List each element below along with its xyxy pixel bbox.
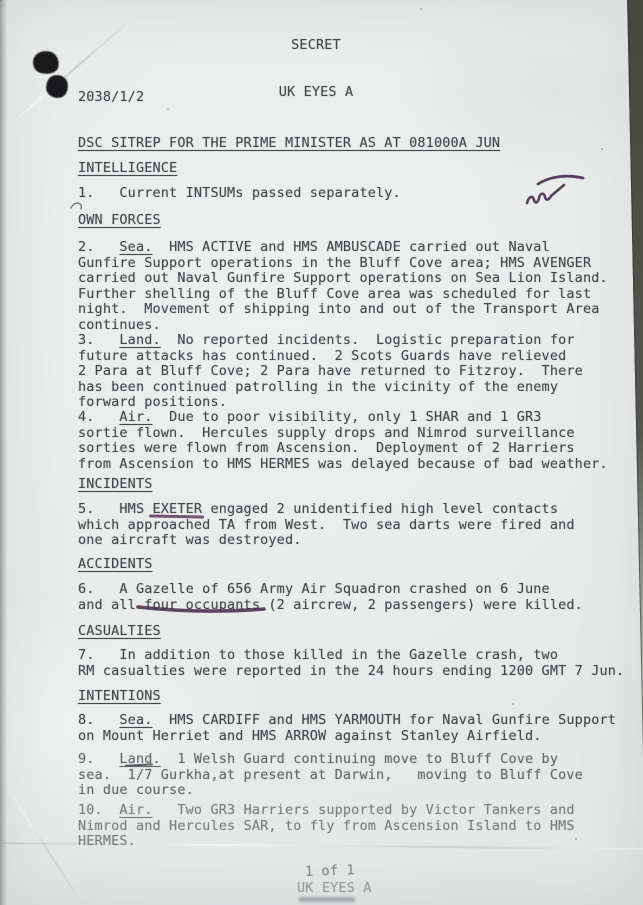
para-number: 10. <box>78 802 119 818</box>
pen-tick-icon <box>68 197 86 213</box>
paragraph-7: 7. In addition to those killed in the Ga… <box>78 648 638 679</box>
para-number: 8. <box>78 712 119 728</box>
para-body: Current INTSUMs passed separately. <box>119 185 400 201</box>
paragraph-8-sea: 8. Sea. HMS CARDIFF and HMS YARMOUTH for… <box>78 713 638 744</box>
para-lead: Air. <box>119 802 152 818</box>
section-heading-accidents: ACCIDENTS <box>78 557 638 573</box>
para-body: HMS CARDIFF and HMS YARMOUTH for Naval G… <box>78 712 616 744</box>
para-number: 7. <box>78 647 119 663</box>
para-lead: Air. <box>119 409 152 425</box>
para-number: 4. <box>78 409 119 425</box>
paragraph-4-air: 4. Air. Due to poor visibility, only 1 S… <box>78 410 638 472</box>
para-lead: Land. <box>119 332 160 348</box>
para-number: 5. <box>78 501 119 517</box>
classification-label: SECRET <box>0 38 632 54</box>
paragraph-2-sea: 2. Sea. HMS ACTIVE and HMS AMBUSCADE car… <box>78 240 638 333</box>
paragraph-10-air: 10. Air. Two GR3 Harriers supported by V… <box>78 803 638 850</box>
document-title: DSC SITREP FOR THE PRIME MINISTER AS AT … <box>78 136 638 152</box>
section-heading-incidents: INCIDENTS <box>78 477 638 493</box>
para-body: Two GR3 Harriers supported by Victor Tan… <box>78 802 583 849</box>
file-reference: 2038/1/2 <box>78 90 638 106</box>
para-body: HMS EXETER engaged 2 unidentified high l… <box>78 501 575 548</box>
pen-underline-four-occupants <box>136 603 266 615</box>
para-number: 9. <box>78 751 119 767</box>
section-heading-casualties: CASUALTIES <box>78 624 638 640</box>
footer-stamp-smudge <box>299 897 355 902</box>
pen-initials-icon <box>523 172 591 216</box>
para-body: In addition to those killed in the Gazel… <box>78 647 624 679</box>
paragraph-9-land: 9. Land. 1 Welsh Guard continuing move t… <box>78 752 638 799</box>
para-number: 2. <box>78 239 119 255</box>
para-number: 6. <box>78 581 119 597</box>
paragraph-3-land: 3. Land. No reported incidents. Logistic… <box>78 333 638 411</box>
para-body: Due to poor visibility, only 1 SHAR and … <box>78 409 608 472</box>
document-title-text: DSC SITREP FOR THE PRIME MINISTER AS AT … <box>78 135 500 151</box>
scan-edge-left <box>0 0 7 905</box>
classification-header: SECRET UK EYES A <box>0 7 632 131</box>
para-body: HMS ACTIVE and HMS AMBUSCADE carried out… <box>78 239 608 333</box>
scanned-document-page: SECRET UK EYES A 2038/1/2 DSC SITREP FOR… <box>0 0 643 905</box>
para-lead: Sea. <box>119 712 152 728</box>
para-number: 3. <box>78 332 119 348</box>
paragraph-5: 5. HMS EXETER engaged 2 unidentified hig… <box>78 502 638 549</box>
section-heading-intentions: INTENTIONS <box>78 689 638 705</box>
page-number: 1 of 1 <box>305 863 355 880</box>
dust-specks <box>0 0 2 2</box>
footer-caveat: UK EYES A <box>297 881 372 897</box>
para-lead: Sea. <box>119 239 152 255</box>
